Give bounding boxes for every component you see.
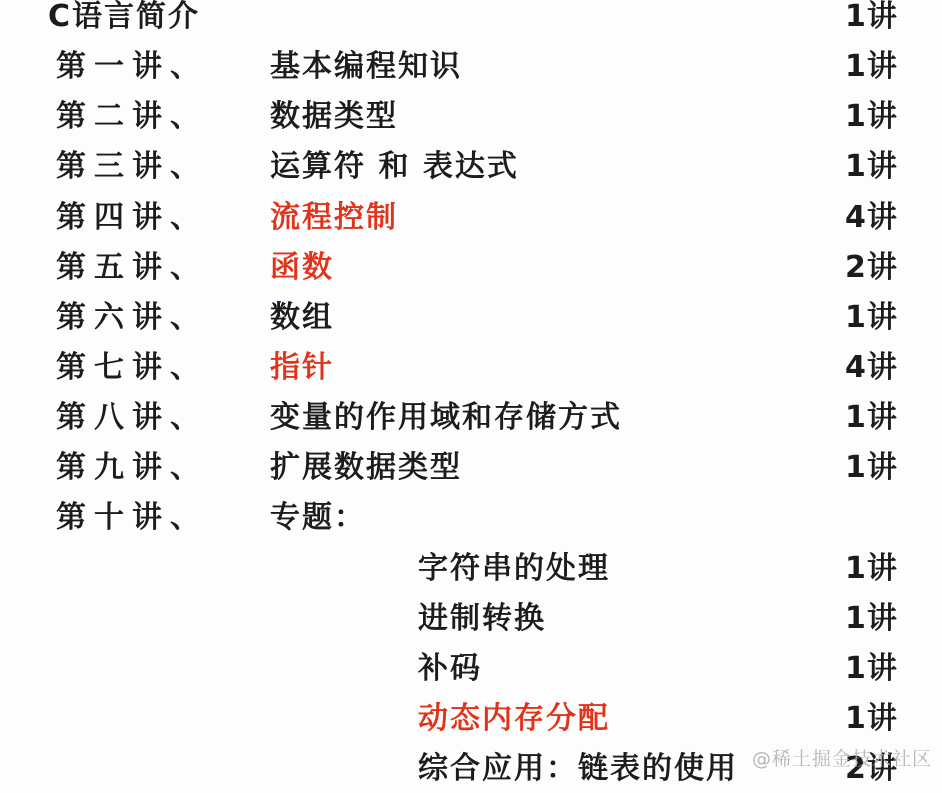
outline-subrow: 字符串的处理 1讲 — [0, 544, 942, 594]
lecture-count: 1讲 — [845, 704, 898, 734]
lecture-topic-highlighted: 流程控制 — [270, 203, 398, 233]
lecture-count: 1讲 — [845, 2, 898, 32]
lecture-topic: 数组 — [270, 303, 334, 333]
outline-row: 第十讲、 专题： — [0, 493, 942, 543]
lecture-topic-highlighted: 函数 — [270, 253, 334, 283]
intro-title: C语言简介 — [48, 2, 200, 32]
lecture-count: 1讲 — [845, 453, 898, 483]
lecture-count: 1讲 — [845, 303, 898, 333]
lecture-count: 1讲 — [845, 52, 898, 82]
outline-row: 第六讲、 数组 1讲 — [0, 293, 942, 343]
lecture-count: 1讲 — [845, 102, 898, 132]
subtopic-label: 字符串的处理 — [418, 554, 610, 584]
lecture-number: 第四讲、 — [56, 203, 208, 233]
lecture-topic: 运算符 和 表达式 — [270, 152, 519, 182]
lecture-topic: 变量的作用域和存储方式 — [270, 403, 622, 433]
lecture-count: 1讲 — [845, 654, 898, 684]
lecture-number: 第六讲、 — [56, 303, 208, 333]
lecture-count: 4讲 — [845, 203, 898, 233]
course-outline-slide: C语言简介 1讲 第一讲、 基本编程知识 1讲 第二讲、 数据类型 1讲 第三讲… — [0, 0, 942, 793]
lecture-topic: 专题： — [270, 503, 366, 533]
outline-row: 第八讲、 变量的作用域和存储方式 1讲 — [0, 393, 942, 443]
outline-row: 第七讲、 指针 4讲 — [0, 343, 942, 393]
lecture-topic: 数据类型 — [270, 102, 398, 132]
outline-row: 第二讲、 数据类型 1讲 — [0, 92, 942, 142]
subtopic-label: 综合应用：链表的使用 — [418, 754, 738, 784]
lecture-topic: 基本编程知识 — [270, 52, 462, 82]
lecture-topic: 扩展数据类型 — [270, 453, 462, 483]
outline-subrow: 补码 1讲 — [0, 644, 942, 694]
lecture-topic-highlighted: 指针 — [270, 353, 334, 383]
lecture-number: 第八讲、 — [56, 403, 208, 433]
lecture-count: 1讲 — [845, 554, 898, 584]
lecture-number: 第五讲、 — [56, 253, 208, 283]
lecture-number: 第一讲、 — [56, 52, 208, 82]
outline-subrow: 进制转换 1讲 — [0, 594, 942, 644]
outline-row: 第九讲、 扩展数据类型 1讲 — [0, 443, 942, 493]
outline-row-intro: C语言简介 1讲 — [0, 0, 942, 42]
lecture-count: 1讲 — [845, 604, 898, 634]
subtopic-label-highlighted: 动态内存分配 — [418, 704, 610, 734]
outline-row: 第一讲、 基本编程知识 1讲 — [0, 42, 942, 92]
lecture-count: 4讲 — [845, 353, 898, 383]
outline-row: 第五讲、 函数 2讲 — [0, 243, 942, 293]
lecture-count: 1讲 — [845, 152, 898, 182]
outline-row: 第四讲、 流程控制 4讲 — [0, 193, 942, 243]
lecture-count: 2讲 — [845, 253, 898, 283]
lecture-number: 第三讲、 — [56, 152, 208, 182]
subtopic-label: 补码 — [418, 654, 482, 684]
outline-row: 第三讲、 运算符 和 表达式 1讲 — [0, 142, 942, 192]
lecture-number: 第九讲、 — [56, 453, 208, 483]
site-watermark: @稀土掘金技术社区 — [752, 744, 932, 771]
outline-subrow: 动态内存分配 1讲 — [0, 694, 942, 744]
lecture-number: 第七讲、 — [56, 353, 208, 383]
subtopic-label: 进制转换 — [418, 604, 546, 634]
lecture-count: 1讲 — [845, 403, 898, 433]
lecture-number: 第二讲、 — [56, 102, 208, 132]
lecture-number: 第十讲、 — [56, 503, 208, 533]
